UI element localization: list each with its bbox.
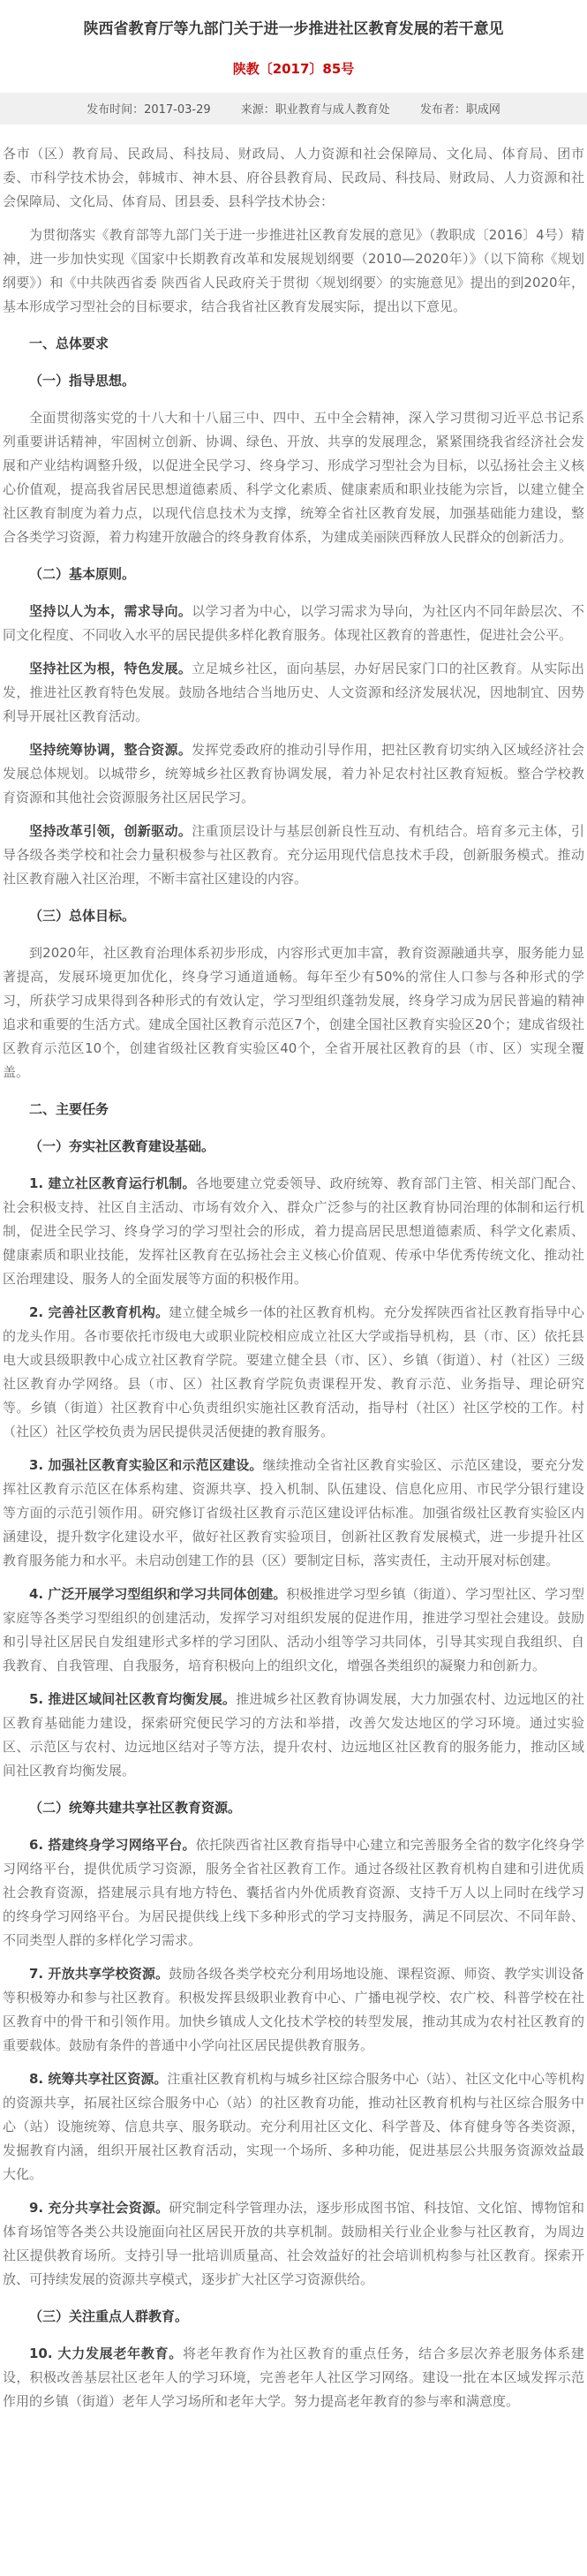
paragraph: 坚持改革引领，创新驱动。注重顶层设计与基层创新良性互动、有机结合。培育多元主体，… bbox=[3, 820, 584, 891]
paragraph-lead: 10. 大力发展老年教育。 bbox=[29, 2346, 183, 2361]
paragraph-lead: 5. 推进区域间社区教育均衡发展。 bbox=[29, 1691, 236, 1707]
paragraph-lead: 7. 开放共享学校资源。 bbox=[29, 1966, 169, 1982]
meta-bar: 发布时间：2017-03-29 来源：职业教育与成人教育处 发布者：职成网 bbox=[0, 93, 587, 125]
paragraph-lead: 1. 建立社区教育运行机制。 bbox=[29, 1175, 196, 1191]
section-heading: （三）关注重点人群教育。 bbox=[3, 2305, 584, 2329]
document-page: 陕西省教育厅等九部门关于进一步推进社区教育发展的若干意见 陕教〔2017〕85号… bbox=[0, 0, 587, 2444]
section-heading: （二）统筹共建共享社区教育资源。 bbox=[3, 1796, 584, 1820]
paragraph-text: 各市（区）教育局、民政局、科技局、财政局、人力资源和社会保障局、文化局、体育局、… bbox=[3, 146, 584, 209]
paragraph: 7. 开放共享学校资源。鼓励各级各类学校充分利用场地设施、课程资源、师资、教学实… bbox=[3, 1962, 584, 2058]
paragraph: 坚持统筹协调，整合资源。发挥党委政府的推动引导作用，把社区教育切实纳入区域经济社… bbox=[3, 738, 584, 810]
section-heading: （二）基本原则。 bbox=[3, 563, 584, 586]
paragraph-text: 为贯彻落实《教育部等九部门关于进一步推进社区教育发展的意见》（教职成〔2016〕… bbox=[3, 227, 584, 314]
paragraph-lead: 坚持社区为根，特色发展。 bbox=[29, 661, 192, 676]
paragraph: 5. 推进区域间社区教育均衡发展。推进城乡社区教育协调发展，大力加强农村、边远地… bbox=[3, 1688, 584, 1783]
paragraph-lead: 3. 加强社区教育实验区和示范区建设。 bbox=[29, 1457, 263, 1473]
paragraph: 6. 搭建终身学习网络平台。依托陕西省社区教育指导中心建立和完善服务全省的数字化… bbox=[3, 1833, 584, 1953]
paragraph-text: 注重社区教育机构与城乡社区综合服务中心（站）、社区文化中心等机构的资源共享，拓展… bbox=[3, 2071, 584, 2182]
section-heading: （一）夯实社区教育建设基础。 bbox=[3, 1135, 584, 1159]
paragraph: 坚持社区为根，特色发展。立足城乡社区，面向基层，办好居民家门口的社区教育。从实际… bbox=[3, 657, 584, 729]
paragraph: 4. 广泛开展学习型组织和学习共同体创建。积极推进学习型乡镇（街道）、学习型社区… bbox=[3, 1583, 584, 1678]
document-number: 陕教〔2017〕85号 bbox=[0, 59, 587, 78]
paragraph-text: 二、主要任务 bbox=[29, 1101, 109, 1117]
paragraph-text: 依托陕西省社区教育指导中心建立和完善服务全省的数字化终身学习网络平台，提供优质学… bbox=[3, 1837, 584, 1948]
page-title: 陕西省教育厅等九部门关于进一步推进社区教育发展的若干意见 bbox=[0, 0, 587, 42]
source: 来源：职业教育与成人教育处 bbox=[241, 103, 390, 117]
paragraph-lead: 坚持统筹协调，整合资源。 bbox=[29, 742, 192, 758]
paragraph-text: （一）夯实社区教育建设基础。 bbox=[29, 1138, 214, 1154]
paragraph-text: 各地要建立党委领导、政府统筹、教育部门主管、相关部门配合、社会积极支持、社区自主… bbox=[3, 1175, 584, 1287]
paragraph-text: 一、总体要求 bbox=[29, 336, 109, 351]
paragraph-text: （二）基本原则。 bbox=[29, 566, 135, 582]
paragraph: 9. 充分共享社会资源。研究制定科学管理办法，逐步形成图书馆、科技馆、文化馆、博… bbox=[3, 2196, 584, 2292]
paragraph: 10. 大力发展老年教育。将老年教育作为社区教育的重点任务，结合多层次养老服务体… bbox=[3, 2342, 584, 2414]
paragraph-lead: 坚持改革引领，创新驱动。 bbox=[29, 823, 192, 839]
publish-time: 发布时间：2017-03-29 bbox=[87, 103, 211, 117]
section-heading: （三）总体目标。 bbox=[3, 904, 584, 928]
paragraph: 全面贯彻落实党的十八大和十八届三中、四中、五中全会精神，深入学习贯彻习近平总书记… bbox=[3, 406, 584, 549]
paragraph-text: （二）统筹共建共享社区教育资源。 bbox=[29, 1800, 241, 1816]
paragraph-lead: 4. 广泛开展学习型组织和学习共同体创建。 bbox=[29, 1586, 286, 1602]
paragraph-lead: 8. 统筹共享社区资源。 bbox=[29, 2071, 167, 2087]
paragraph: 8. 统筹共享社区资源。注重社区教育机构与城乡社区综合服务中心（站）、社区文化中… bbox=[3, 2067, 584, 2187]
paragraph-lead: 坚持以人为本，需求导向。 bbox=[29, 603, 192, 619]
paragraph: 到2020年，社区教育治理体系初步形成，内容形式更加丰富，教育资源融通共享，服务… bbox=[3, 941, 584, 1084]
document-body: 各市（区）教育局、民政局、科技局、财政局、人力资源和社会保障局、文化局、体育局、… bbox=[0, 125, 587, 2444]
paragraph-text: 建立健全城乡一体的社区教育机构。充分发挥陕西省社区教育指导中心的龙头作用。各市要… bbox=[3, 1304, 584, 1439]
paragraph-text: 全面贯彻落实党的十八大和十八届三中、四中、五中全会精神，深入学习贯彻习近平总书记… bbox=[3, 410, 584, 545]
paragraph: 各市（区）教育局、民政局、科技局、财政局、人力资源和社会保障局、文化局、体育局、… bbox=[3, 142, 584, 214]
publisher: 发布者：职成网 bbox=[420, 103, 500, 117]
section-heading: 二、主要任务 bbox=[3, 1098, 584, 1122]
paragraph: 为贯彻落实《教育部等九部门关于进一步推进社区教育发展的意见》（教职成〔2016〕… bbox=[3, 223, 584, 319]
paragraph-lead: 9. 充分共享社会资源。 bbox=[29, 2200, 169, 2216]
paragraph-text: （三）关注重点人群教育。 bbox=[29, 2308, 188, 2324]
paragraph-text: （三）总体目标。 bbox=[29, 908, 135, 924]
paragraph-text: （一）指导思想。 bbox=[29, 373, 135, 389]
paragraph-text: 继续推动全省社区教育实验区、示范区建设，要充分发挥社区教育示范区在体系构建、资源… bbox=[3, 1457, 584, 1568]
paragraph-lead: 6. 搭建终身学习网络平台。 bbox=[29, 1837, 196, 1853]
paragraph-lead: 2. 完善社区教育机构。 bbox=[29, 1304, 169, 1320]
paragraph: 3. 加强社区教育实验区和示范区建设。继续推动全省社区教育实验区、示范区建设，要… bbox=[3, 1454, 584, 1573]
paragraph: 1. 建立社区教育运行机制。各地要建立党委领导、政府统筹、教育部门主管、相关部门… bbox=[3, 1172, 584, 1291]
paragraph-text: 到2020年，社区教育治理体系初步形成，内容形式更加丰富，教育资源融通共享，服务… bbox=[3, 945, 584, 1080]
paragraph: 2. 完善社区教育机构。建立健全城乡一体的社区教育机构。充分发挥陕西省社区教育指… bbox=[3, 1301, 584, 1444]
paragraph: 坚持以人为本，需求导向。以学习者为中心，以学习需求为导向，为社区内不同年龄层次、… bbox=[3, 600, 584, 647]
section-heading: 一、总体要求 bbox=[3, 332, 584, 356]
section-heading: （一）指导思想。 bbox=[3, 369, 584, 393]
